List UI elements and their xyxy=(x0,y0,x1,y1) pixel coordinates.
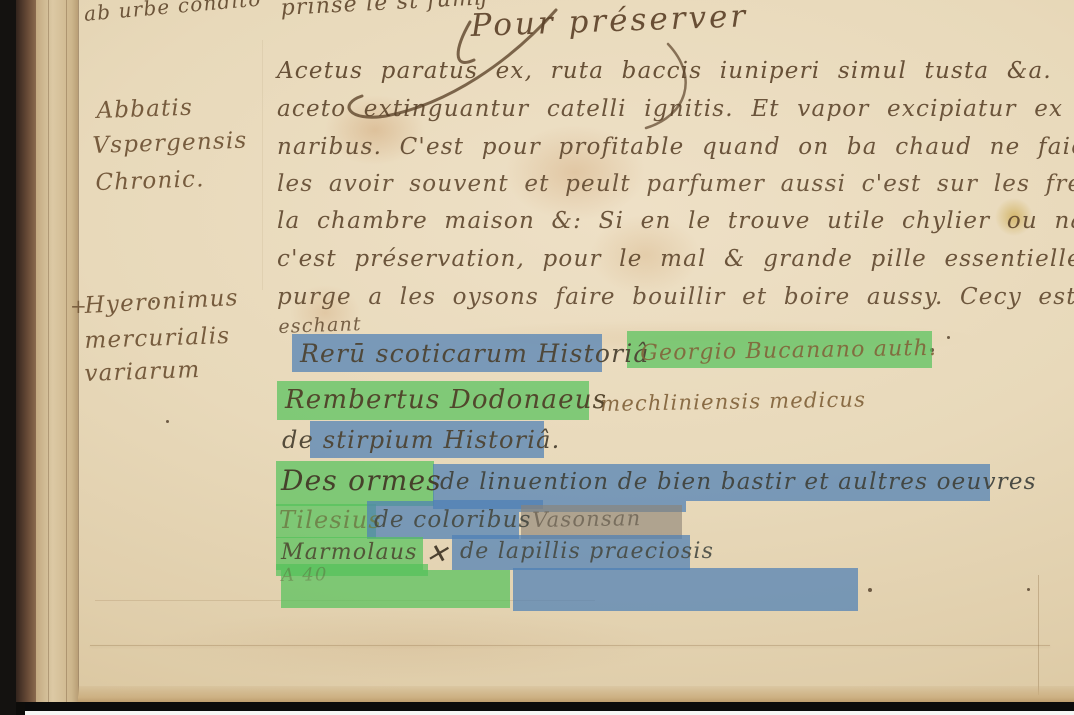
entry-title-stirpium: de stirpium Historiâ. xyxy=(282,426,561,454)
entry-author-dodonaeus: Rembertus Dodonaeus xyxy=(285,385,607,415)
margin-note-abbatis-3: Chronic. xyxy=(95,166,205,196)
entry-title-invention: de linuention de bien bastir et aultres … xyxy=(440,469,1037,495)
entry-faded-line: A 40 xyxy=(281,564,328,586)
manuscript-page-scan: ab urbe conditoprinse le st fumĳPour pré… xyxy=(0,0,1074,715)
margin-note-hieronymus-3: variarum xyxy=(84,357,201,387)
top-line-fragment: prinse le st fumĳ xyxy=(280,0,488,21)
entry-author-marmolaus: Marmolaus xyxy=(281,540,418,565)
body-line-2: aceto extinguantur catelli ignitis. Et v… xyxy=(277,96,1063,122)
body-line-8: eschant xyxy=(278,313,362,338)
entry-title-coloribus: de coloribus xyxy=(374,507,532,533)
entry-title-lapillis: de lapillis praeciosis xyxy=(460,539,714,564)
entry-strikeout-mark: ✕ xyxy=(424,538,451,571)
margin-note-hieronymus-2: mercurialis xyxy=(84,323,231,354)
margin-note-abbatis-2: Vspergensis xyxy=(92,128,248,159)
margin-note-abbatis-1: Abbatis xyxy=(96,95,193,124)
margin-note-hieronymus-1: Hyeronimus xyxy=(84,285,239,319)
scan-border-bottom xyxy=(25,702,1074,711)
margin-note-ab-urbe-condito: ab urbe condito xyxy=(83,0,262,26)
entry-title-rerum-scoticarum: Rerū scoticarum Historiâ xyxy=(300,339,650,368)
entry-author-desormes: Des ormes xyxy=(281,464,442,497)
body-line-1: Acetus paratus ex, ruta baccis iuniperi … xyxy=(277,58,1052,84)
body-line-4: les avoir souvent et peult parfumer auss… xyxy=(277,171,1074,197)
body-line-3: naribus. C'est pour profitable quand on … xyxy=(277,134,1074,160)
entry-dodonaeus-epithet: mechliniensis medicus xyxy=(600,387,866,416)
scan-margin-bottom xyxy=(25,711,1074,715)
body-line-7: purge a les oysons faire bouillir et boi… xyxy=(277,284,1074,310)
entry-author-buchanan: Georgio Bucanano auth. xyxy=(640,336,937,366)
entry-uncertain-vasonsan: Vasonsan xyxy=(532,506,642,532)
body-line-6: c'est préservation, pour le mal & grande… xyxy=(277,246,1074,272)
handwriting-layer: ab urbe conditoprinse le st fumĳPour pré… xyxy=(0,0,1074,715)
entry-author-tilesius: Tilesius xyxy=(279,506,382,534)
page-bottom-edge xyxy=(78,686,1074,702)
page-heading: Pour préserver xyxy=(470,0,749,44)
body-line-5: la chambre maison &: Si en le trouve uti… xyxy=(277,208,1074,234)
